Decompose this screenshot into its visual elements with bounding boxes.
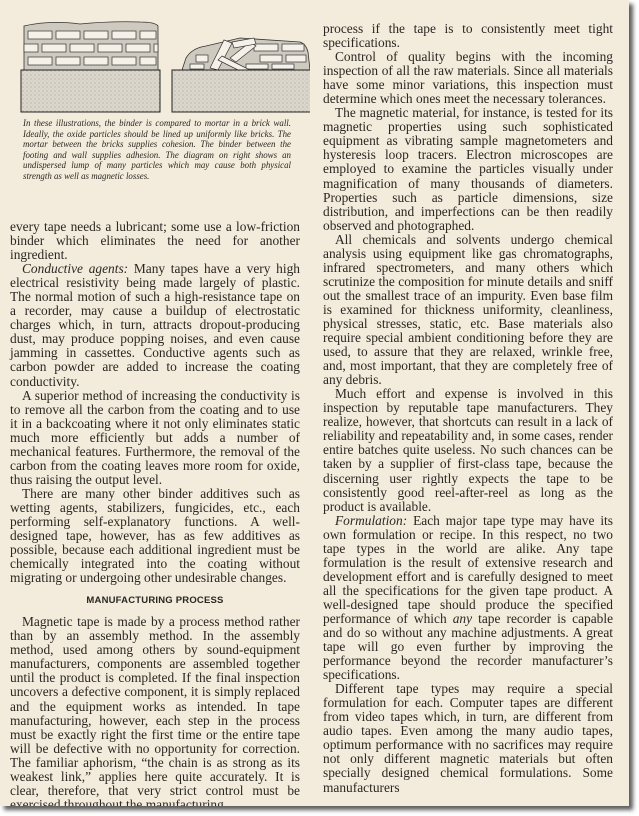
paragraph-process-method: Magnetic tape is made by a process metho… <box>10 615 300 806</box>
conductive-agents-body: Many tapes have a very high electrical r… <box>10 261 300 388</box>
formulation-body: Each major tape type may have its own fo… <box>323 513 613 626</box>
paragraph-lubricant: every tape needs a lubricant; some use a… <box>10 220 300 262</box>
paragraph-tape-types: Different tape types may require a speci… <box>323 682 613 794</box>
paragraph-effort-expense: Much effort and expense is involved in t… <box>323 387 613 513</box>
formulation-emphasis: any <box>453 611 472 626</box>
undispersed-lump-diagram <box>172 38 310 112</box>
paragraph-process-continued: process if the tape is to consistently m… <box>323 22 613 50</box>
paragraph-magnetic-material: The magnetic material, for instance, is … <box>323 106 613 232</box>
figure-caption: In these illustrations, the binder is co… <box>23 118 291 182</box>
paragraph-chemicals: All chemicals and solvents undergo chemi… <box>323 233 613 388</box>
conductive-agents-lead: Conductive agents: <box>22 261 128 276</box>
brick-wall-figure: In these illustrations, the binder is co… <box>10 0 300 220</box>
uniform-bricks-diagram <box>21 22 160 112</box>
brick-wall-illustration <box>10 18 310 118</box>
paragraph-backcoating: A superior method of increasing the cond… <box>10 389 300 487</box>
paragraph-binder-additives: There are many other binder additives su… <box>10 487 300 585</box>
paragraph-quality-control: Control of quality begins with the incom… <box>323 50 613 106</box>
right-column: process if the tape is to consistently m… <box>323 22 613 795</box>
paragraph-formulation: Formulation: Each major tape type may ha… <box>323 514 613 683</box>
paragraph-conductive-agents: Conductive agents: Many tapes have a ver… <box>10 262 300 388</box>
magazine-page: In these illustrations, the binder is co… <box>0 0 629 806</box>
formulation-lead: Formulation: <box>335 513 407 528</box>
section-heading-manufacturing: MANUFACTURING PROCESS <box>10 595 300 606</box>
left-column: In these illustrations, the binder is co… <box>10 0 300 806</box>
